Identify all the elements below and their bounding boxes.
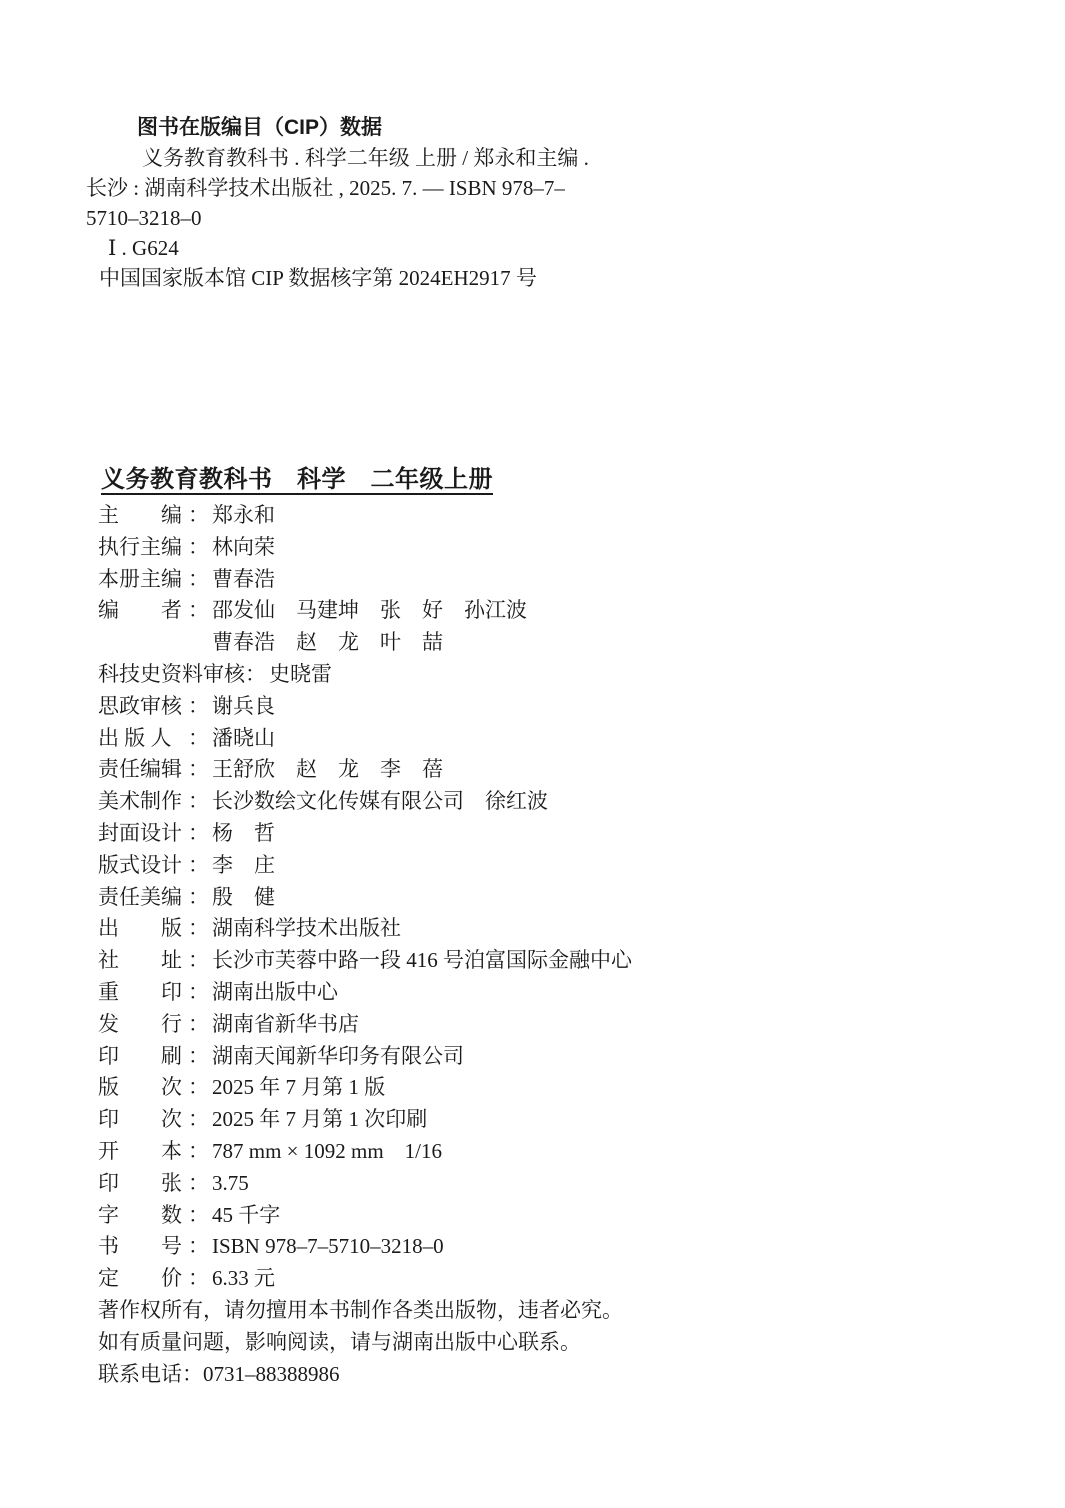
row-colon: ： <box>188 850 212 882</box>
row-label: 重 印 <box>98 977 188 1009</box>
row-value-text: ISBN 978–7–5710–3218–0 <box>212 1234 444 1258</box>
colophon-row: 编 者：邵发仙 马建坤 张 好 孙江波曹春浩 赵 龙 叶 喆 <box>98 595 1018 659</box>
colophon-row: 美术制作：长沙数绘文化传媒有限公司 徐红波 <box>98 786 1018 818</box>
row-label: 社 址 <box>98 945 188 977</box>
row-label: 版式设计 <box>98 850 188 882</box>
row-colon: ： <box>188 913 212 945</box>
row-value-text: 45 千字 <box>212 1203 280 1227</box>
row-value: 6.33 元 <box>212 1263 275 1295</box>
row-value-text: 王舒欣 赵 龙 李 蓓 <box>212 757 443 781</box>
colophon-row: 社 址：长沙市芙蓉中路一段 416 号泊富国际金融中心 <box>98 945 1018 977</box>
row-label: 定 价 <box>98 1263 188 1295</box>
row-value-text: 长沙数绘文化传媒有限公司 徐红波 <box>212 789 548 813</box>
colophon-row: 印 张：3.75 <box>98 1168 1018 1200</box>
row-label: 版 次 <box>98 1072 188 1104</box>
row-value-text: 杨 哲 <box>212 821 275 845</box>
colophon-rows: 主 编：郑永和 执行主编：林向荣 本册主编：曹春浩 编 者：邵发仙 马建坤 张 … <box>98 500 1018 1295</box>
row-label: 科技史资料审核 <box>98 659 245 691</box>
row-colon: ： <box>188 1168 212 1200</box>
colophon-row: 责任美编：殷 健 <box>98 882 1018 914</box>
colophon-page: 图书在版编目（CIP）数据 义务教育教科书 . 科学二年级 上册 / 郑永和主编… <box>0 0 1065 1508</box>
row-value: 潘晓山 <box>212 723 275 755</box>
note-line: 如有质量问题，影响阅读，请与湖南出版中心联系。 <box>98 1327 1018 1359</box>
row-value: 李 庄 <box>212 850 275 882</box>
row-colon: ： <box>188 945 212 977</box>
row-colon: ： <box>188 595 212 627</box>
row-label: 编 者 <box>98 595 188 627</box>
row-value: 787 mm × 1092 mm 1/16 <box>212 1136 442 1168</box>
note-line: 联系电话：0731–88388986 <box>98 1359 1018 1391</box>
row-label: 印 刷 <box>98 1041 188 1073</box>
row-value: 2025 年 7 月第 1 次印刷 <box>212 1104 427 1136</box>
colophon-row: 出 版：湖南科学技术出版社 <box>98 913 1018 945</box>
row-value-text: 2025 年 7 月第 1 次印刷 <box>212 1107 427 1131</box>
row-label: 字 数 <box>98 1200 188 1232</box>
row-value: 长沙市芙蓉中路一段 416 号泊富国际金融中心 <box>212 945 632 977</box>
row-value-text: 邵发仙 马建坤 张 好 孙江波 <box>212 598 527 622</box>
row-value-continuation: 曹春浩 赵 龙 叶 喆 <box>212 627 527 659</box>
row-value: 2025 年 7 月第 1 版 <box>212 1072 385 1104</box>
row-label: 思政审核 <box>98 691 188 723</box>
colophon-row: 主 编：郑永和 <box>98 500 1018 532</box>
row-value: 湖南天闻新华印务有限公司 <box>212 1041 464 1073</box>
row-label: 发 行 <box>98 1009 188 1041</box>
row-label: 印 次 <box>98 1104 188 1136</box>
row-value-text: 2025 年 7 月第 1 版 <box>212 1075 385 1099</box>
row-value-text: 史晓雷 <box>269 662 332 686</box>
row-label: 封面设计 <box>98 818 188 850</box>
colophon-row: 发 行：湖南省新华书店 <box>98 1009 1018 1041</box>
row-colon: ： <box>188 691 212 723</box>
colophon-row: 执行主编：林向荣 <box>98 532 1018 564</box>
row-colon: ： <box>188 1072 212 1104</box>
row-label: 美术制作 <box>98 786 188 818</box>
row-value: 林向荣 <box>212 532 275 564</box>
row-value: 邵发仙 马建坤 张 好 孙江波曹春浩 赵 龙 叶 喆 <box>212 595 527 659</box>
row-colon: ： <box>188 1104 212 1136</box>
row-label: 责任美编 <box>98 882 188 914</box>
colophon-row: 封面设计：杨 哲 <box>98 818 1018 850</box>
row-colon: ： <box>188 1200 212 1232</box>
row-value: 王舒欣 赵 龙 李 蓓 <box>212 754 443 786</box>
colophon-row: 字 数：45 千字 <box>98 1200 1018 1232</box>
row-value-text: 殷 健 <box>212 885 275 909</box>
row-value: 湖南省新华书店 <box>212 1009 359 1041</box>
row-label: 出 版 人 <box>98 723 188 755</box>
colophon-row: 开 本：787 mm × 1092 mm 1/16 <box>98 1136 1018 1168</box>
row-label: 出 版 <box>98 913 188 945</box>
row-value: 45 千字 <box>212 1200 280 1232</box>
row-colon: ： <box>188 1041 212 1073</box>
row-value-text: 李 庄 <box>212 853 275 877</box>
row-colon: ： <box>188 786 212 818</box>
row-colon: ： <box>188 1009 212 1041</box>
colophon-row: 版 次：2025 年 7 月第 1 版 <box>98 1072 1018 1104</box>
row-value-text: 湖南天闻新华印务有限公司 <box>212 1044 464 1068</box>
row-label: 书 号 <box>98 1231 188 1263</box>
colophon-row: 重 印：湖南出版中心 <box>98 977 1018 1009</box>
row-value-text: 郑永和 <box>212 503 275 527</box>
row-value-text: 湖南出版中心 <box>212 980 338 1004</box>
row-colon: ： <box>245 659 269 691</box>
colophon-row: 定 价：6.33 元 <box>98 1263 1018 1295</box>
cip-line: 中国国家版本馆 CIP 数据核字第 2024EH2917 号 <box>86 263 686 293</box>
row-value: 史晓雷 <box>269 659 332 691</box>
row-label: 印 张 <box>98 1168 188 1200</box>
row-label: 本册主编 <box>98 564 188 596</box>
row-label: 主 编 <box>98 500 188 532</box>
row-colon: ： <box>188 1136 212 1168</box>
row-value: ISBN 978–7–5710–3218–0 <box>212 1231 444 1263</box>
row-colon: ： <box>188 500 212 532</box>
colophon-row: 印 刷：湖南天闻新华印务有限公司 <box>98 1041 1018 1073</box>
row-colon: ： <box>188 1231 212 1263</box>
row-value-text: 787 mm × 1092 mm 1/16 <box>212 1139 442 1163</box>
colophon-row: 思政审核：谢兵良 <box>98 691 1018 723</box>
row-value-text: 曹春浩 <box>212 567 275 591</box>
row-value: 郑永和 <box>212 500 275 532</box>
cip-line: Ⅰ . G624 <box>86 233 686 263</box>
row-value: 杨 哲 <box>212 818 275 850</box>
row-value: 谢兵良 <box>212 691 275 723</box>
row-colon: ： <box>188 532 212 564</box>
row-colon: ： <box>188 754 212 786</box>
cip-line: 长沙 : 湖南科学技术出版社 , 2025. 7. –– ISBN 978–7– <box>86 173 686 203</box>
colophon-row: 出 版 人：潘晓山 <box>98 723 1018 755</box>
row-value: 湖南科学技术出版社 <box>212 913 401 945</box>
cip-line: 图书在版编目（CIP）数据 <box>86 113 686 143</box>
colophon-row: 版式设计：李 庄 <box>98 850 1018 882</box>
row-colon: ： <box>188 818 212 850</box>
row-colon: ： <box>188 882 212 914</box>
book-title: 义务教育教科书 科学 二年级上册 <box>101 466 493 494</box>
row-value-text: 湖南省新华书店 <box>212 1012 359 1036</box>
row-label: 责任编辑 <box>98 754 188 786</box>
row-value-text: 6.33 元 <box>212 1266 275 1290</box>
row-value: 曹春浩 <box>212 564 275 596</box>
row-value: 湖南出版中心 <box>212 977 338 1009</box>
cip-line: 5710–3218–0 <box>86 203 686 233</box>
row-value-text: 谢兵良 <box>212 694 275 718</box>
row-colon: ： <box>188 723 212 755</box>
colophon-row: 本册主编：曹春浩 <box>98 564 1018 596</box>
row-label: 开 本 <box>98 1136 188 1168</box>
row-value: 3.75 <box>212 1168 249 1200</box>
row-value-text: 长沙市芙蓉中路一段 416 号泊富国际金融中心 <box>212 948 632 972</box>
cip-line: 义务教育教科书 . 科学二年级 上册 / 郑永和主编 . <box>86 143 686 173</box>
row-colon: ： <box>188 1263 212 1295</box>
row-label: 执行主编 <box>98 532 188 564</box>
row-value: 长沙数绘文化传媒有限公司 徐红波 <box>212 786 548 818</box>
row-value-text: 湖南科学技术出版社 <box>212 916 401 940</box>
row-value-text: 3.75 <box>212 1171 249 1195</box>
row-colon: ： <box>188 564 212 596</box>
note-line: 著作权所有，请勿擅用本书制作各类出版物，违者必究。 <box>98 1295 1018 1327</box>
row-colon: ： <box>188 977 212 1009</box>
row-value-text: 潘晓山 <box>212 726 275 750</box>
row-value-text: 林向荣 <box>212 535 275 559</box>
colophon-row: 印 次：2025 年 7 月第 1 次印刷 <box>98 1104 1018 1136</box>
colophon-info: 主 编：郑永和 执行主编：林向荣 本册主编：曹春浩 编 者：邵发仙 马建坤 张 … <box>98 500 1018 1390</box>
colophon-notes: 著作权所有，请勿擅用本书制作各类出版物，违者必究。 如有质量问题，影响阅读，请与… <box>98 1295 1018 1390</box>
cip-block: 图书在版编目（CIP）数据 义务教育教科书 . 科学二年级 上册 / 郑永和主编… <box>86 113 686 293</box>
row-value: 殷 健 <box>212 882 275 914</box>
colophon-row: 书 号：ISBN 978–7–5710–3218–0 <box>98 1231 1018 1263</box>
colophon-row: 科技史资料审核：史晓雷 <box>98 659 1018 691</box>
colophon-row: 责任编辑：王舒欣 赵 龙 李 蓓 <box>98 754 1018 786</box>
